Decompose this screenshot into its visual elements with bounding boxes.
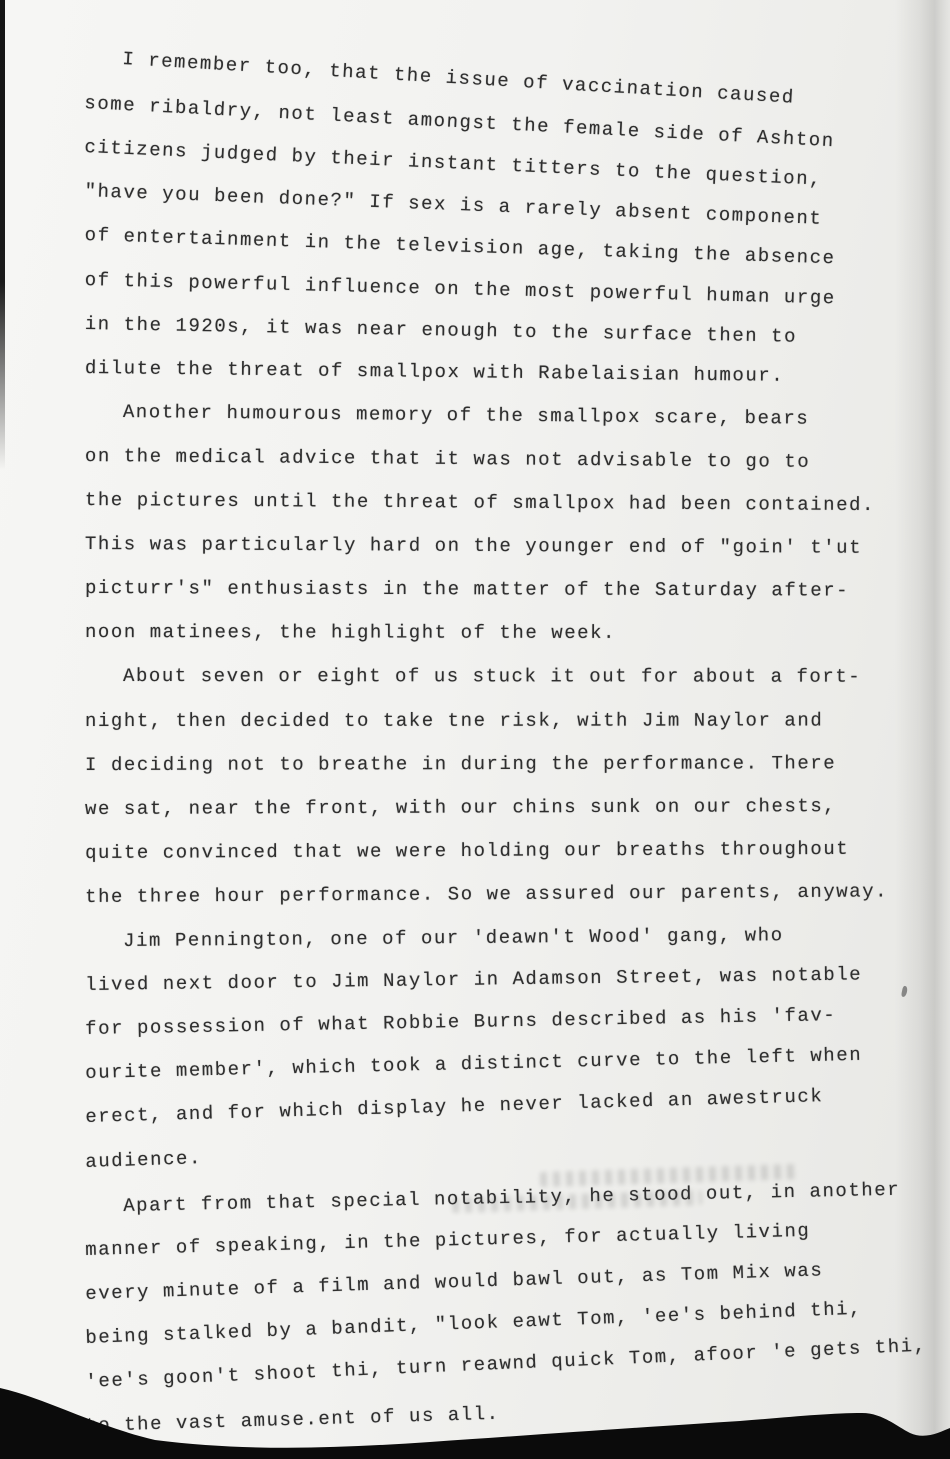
typewritten-line: Another humourous memory of the smallpox… bbox=[123, 401, 810, 430]
typewritten-line: noon matinees, the highlight of the week… bbox=[85, 621, 616, 644]
typewritten-line: I deciding not to breathe in during the … bbox=[85, 752, 836, 776]
typewritten-line: of this powerful influence on the most p… bbox=[84, 269, 836, 309]
typewritten-line: in the 1920s, it was near enough to the … bbox=[85, 313, 798, 348]
typewritten-line: quite convinced that we were holding our… bbox=[85, 838, 849, 864]
typewritten-line: dilute the threat of smallpox with Rabel… bbox=[85, 357, 785, 387]
typewritten-line: Jim Pennington, one of our 'deawn't Wood… bbox=[123, 924, 784, 952]
typewritten-line: of entertainment in the television age, … bbox=[84, 224, 836, 269]
typewritten-line: we sat, near the front, with our chins s… bbox=[85, 795, 836, 820]
typewritten-line: the three hour performance. So we assure… bbox=[85, 880, 888, 908]
typewritten-line: on the medical advice that it was not ad… bbox=[85, 445, 810, 473]
typewritten-line: "have you been done?" If sex is a rarely… bbox=[84, 180, 823, 230]
typewritten-line: picturr's" enthusiasts in the matter of … bbox=[85, 577, 849, 602]
typewritten-line: manner of speaking, in the pictures, for… bbox=[85, 1219, 811, 1260]
typewritten-line: being stalked by a bandit, "look eawt To… bbox=[85, 1298, 862, 1349]
typewritten-page: I remember too, that the issue of vaccin… bbox=[0, 0, 950, 1459]
text-layer: I remember too, that the issue of vaccin… bbox=[0, 0, 950, 1459]
typewritten-line: ourite member', which took a distinct cu… bbox=[85, 1044, 862, 1084]
typewritten-line: audience. bbox=[85, 1147, 202, 1173]
typewritten-line: for possession of what Robbie Burns desc… bbox=[85, 1004, 836, 1040]
typewritten-line: lived next door to Jim Naylor in Adamson… bbox=[85, 964, 862, 997]
typewritten-line: the pictures until the threat of smallpo… bbox=[85, 489, 875, 516]
torn-page-bottom-edge bbox=[0, 1364, 950, 1459]
typewritten-line: About seven or eight of us stuck it out … bbox=[123, 665, 861, 688]
typewritten-line: night, then decided to take tne risk, wi… bbox=[85, 709, 823, 732]
typewritten-line: erect, and for which display he never la… bbox=[85, 1086, 824, 1129]
typewritten-line: every minute of a film and would bawl ou… bbox=[85, 1259, 824, 1305]
typewritten-line: This was particularly hard on the younge… bbox=[85, 533, 862, 559]
